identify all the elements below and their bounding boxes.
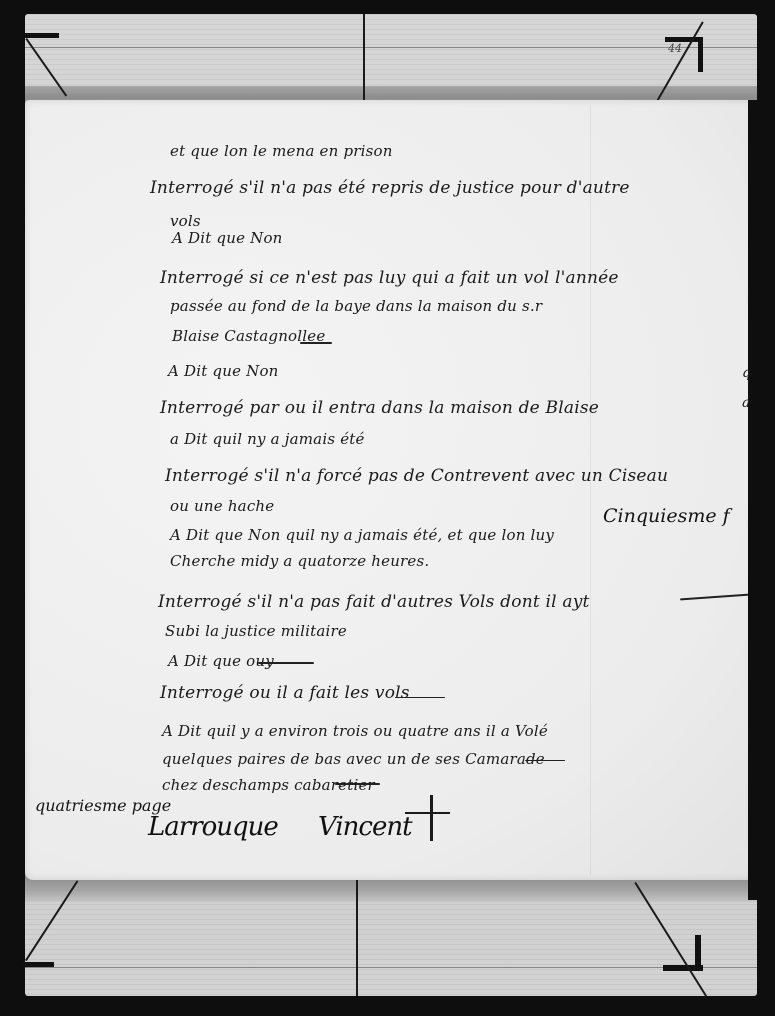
- line-20: quelques paires de bas avec un de ses Ca…: [162, 750, 545, 768]
- board-vertical-line-bottom: [356, 880, 358, 996]
- line-11-interrogation: Interrogé s'il n'a forcé pas de Contreve…: [165, 466, 668, 486]
- signature-cross-horizontal: [405, 812, 450, 814]
- scan-right-edge: [748, 100, 775, 900]
- line-1: et que lon le mena en prison: [170, 142, 393, 160]
- signature-vincent: Vincent: [318, 812, 412, 842]
- margin-note: Cinquiesme f: [603, 505, 730, 527]
- line-19-answer: A Dit quil y a environ trois ou quatre a…: [162, 722, 548, 740]
- line-13-answer: A Dit que Non quil ny a jamais été, et q…: [170, 526, 554, 544]
- line-5-interrogation: Interrogé si ce n'est pas luy qui a fait…: [160, 268, 619, 288]
- edge-fragment-1: q: [742, 365, 751, 381]
- line-17-flourish: [258, 662, 314, 664]
- line-17-answer: A Dit que ouy: [168, 652, 274, 670]
- board-vertical-line-top: [363, 14, 365, 104]
- corner-mark-top-left: [25, 33, 59, 38]
- corner-mark-bottom-right-v: [695, 935, 701, 971]
- line-18-interrogation: Interrogé ou il a fait les vols: [160, 683, 410, 703]
- board-guide-line-bottom: [25, 967, 757, 968]
- signature-larrouque: Larrouque: [148, 812, 278, 842]
- line-8-answer: A Dit que Non: [168, 362, 279, 380]
- line-16: Subi la justice militaire: [165, 622, 347, 640]
- sheet-fold: [590, 105, 591, 875]
- edge-fragment-2: a: [742, 395, 751, 411]
- signature-cross-vertical: [430, 795, 433, 841]
- line-4-answer: A Dit que Non: [172, 229, 283, 247]
- line-21: chez deschamps cabaretier: [162, 776, 375, 794]
- line-10-answer: a Dit quil ny a jamais été: [170, 430, 365, 448]
- line-18-flourish: [395, 697, 445, 698]
- line-9-interrogation: Interrogé par ou il entra dans la maison…: [160, 398, 599, 418]
- line-7-flourish: [300, 342, 332, 344]
- line-2-interrogation: Interrogé s'il n'a pas été repris de jus…: [150, 178, 630, 198]
- line-6: passée au fond de la baye dans la maison…: [170, 297, 542, 315]
- line-3: vols: [170, 212, 201, 230]
- corner-mark-bottom-left: [22, 962, 54, 967]
- corner-mark-top-right-v: [698, 37, 703, 72]
- board-guide-line-top: [25, 47, 757, 48]
- line-20-flourish: [525, 760, 565, 761]
- line-15-interrogation: Interrogé s'il n'a pas fait d'autres Vol…: [158, 592, 590, 612]
- line-12: ou une hache: [170, 497, 274, 515]
- line-21-flourish: [335, 783, 380, 785]
- line-14: Cherche midy a quatorze heures.: [170, 552, 429, 570]
- folio-number: 44: [668, 42, 682, 55]
